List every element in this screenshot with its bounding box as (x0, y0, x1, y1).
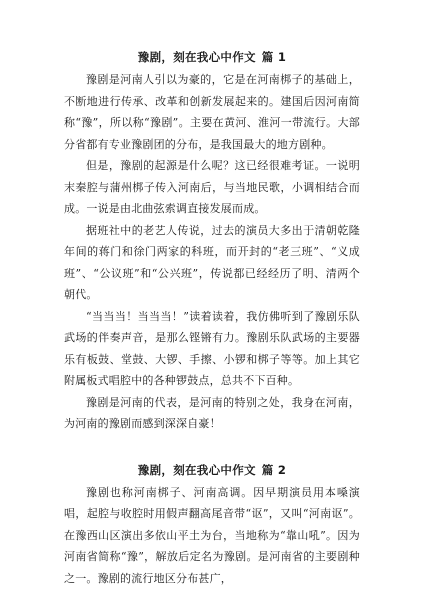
article-1-paragraph-3: 据班社中的老艺人传说，过去的演员大多出于清朝乾隆年间的蒋门和徐门两家的科班，而开… (64, 220, 360, 306)
article-1-paragraph-4: “当当当！当当当！”读着读着，我仿佛听到了豫剧乐队武场的伴奏声音，是那么铿锵有力… (64, 306, 360, 392)
article-1-label: 篇 1 (262, 50, 286, 64)
article-1-paragraph-2: 但是，豫剧的起源是什么呢？这已经很难考证。一说明末秦腔与蒲州梆子传入河南后，与当… (64, 155, 360, 220)
article-2-paragraph-1: 豫剧也称河南梆子、河南高调。因早期演员用本嗓演唱，起腔与收腔时用假声翻高尾音带“… (64, 482, 360, 590)
document-page: 豫剧，刻在我心中作文篇 1 豫剧是河南人引以为豪的，它是在河南梆子的基础上，不断… (0, 0, 424, 600)
article-2-label: 篇 2 (262, 463, 286, 477)
article-2-title-text: 豫剧，刻在我心中作文 (138, 463, 256, 477)
article-1-title-text: 豫剧，刻在我心中作文 (138, 50, 256, 64)
article-1-paragraph-5: 豫剧是河南的代表，是河南的特别之处，我身在河南，为河南的豫剧而感到深深自豪！ (64, 392, 360, 435)
article-1-paragraph-1: 豫剧是河南人引以为豪的，它是在河南梆子的基础上，不断地进行传承、改革和创新发展起… (64, 69, 360, 155)
article-1-title: 豫剧，刻在我心中作文篇 1 (64, 49, 360, 65)
article-1: 豫剧，刻在我心中作文篇 1 豫剧是河南人引以为豪的，它是在河南梆子的基础上，不断… (64, 49, 360, 435)
article-2: 豫剧，刻在我心中作文篇 2 豫剧也称河南梆子、河南高调。因早期演员用本嗓演唱，起… (64, 462, 360, 590)
article-2-title: 豫剧，刻在我心中作文篇 2 (64, 462, 360, 478)
document-body: 豫剧，刻在我心中作文篇 1 豫剧是河南人引以为豪的，它是在河南梆子的基础上，不断… (64, 49, 360, 589)
